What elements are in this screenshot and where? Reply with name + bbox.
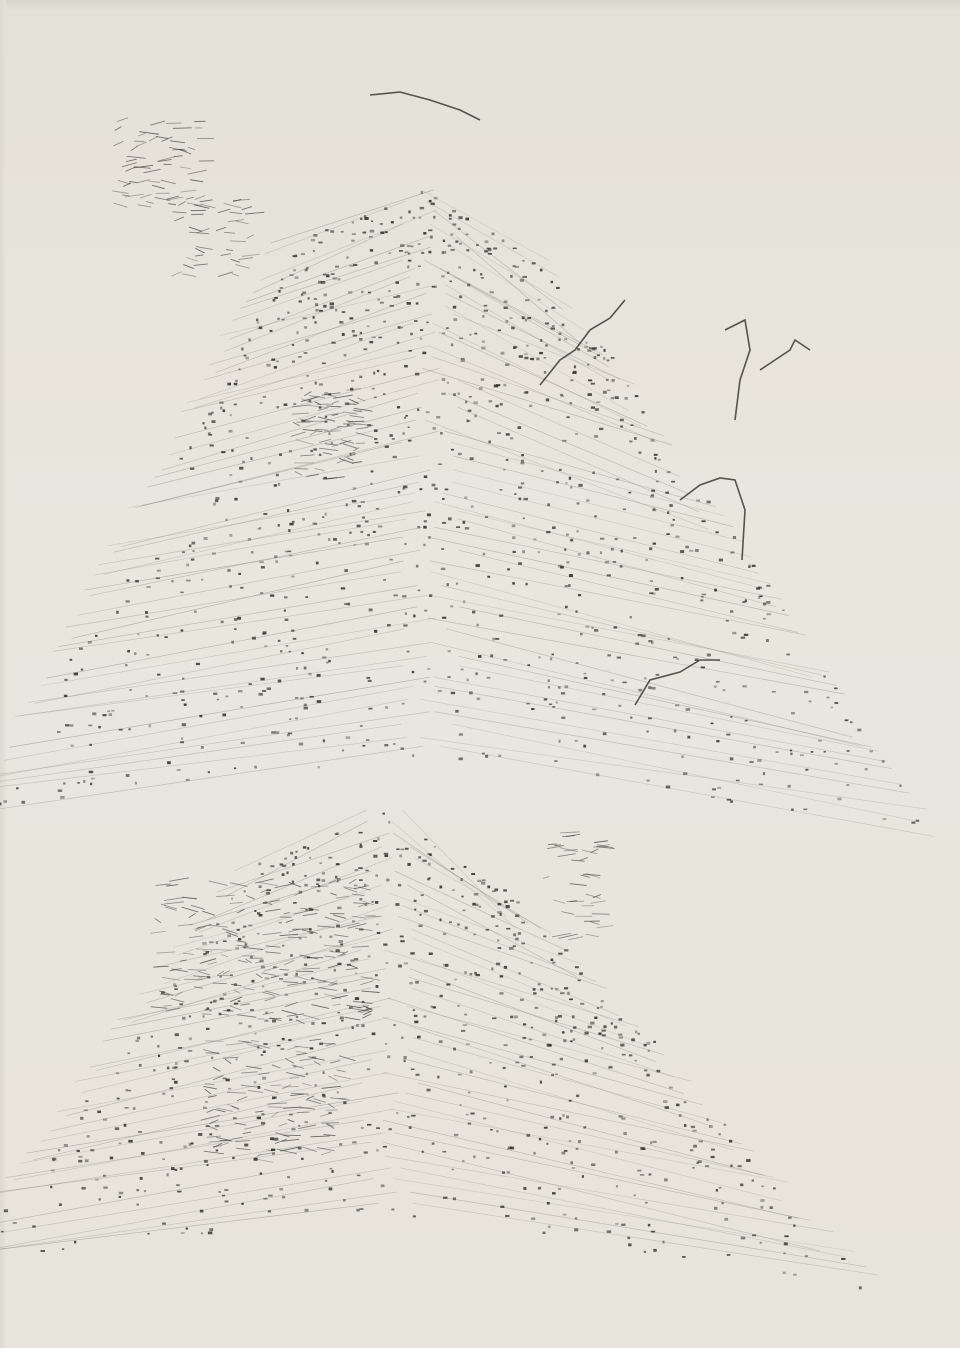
drawing: [0, 0, 960, 1348]
artwork-paper: [0, 0, 960, 1348]
